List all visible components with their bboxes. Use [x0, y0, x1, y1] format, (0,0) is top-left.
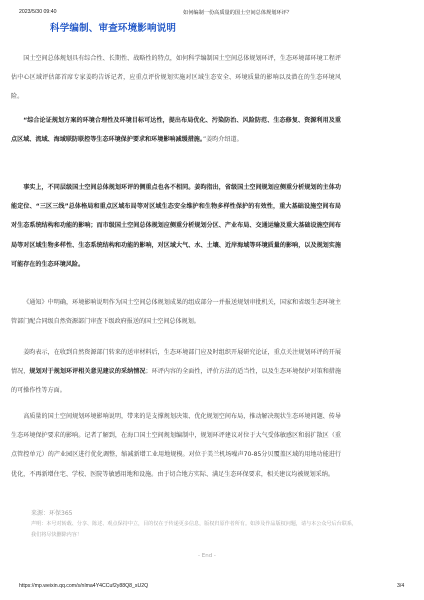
- bold-text-segment: 规划对于规划环评相关意见建议的采纳情况: [29, 368, 145, 375]
- source-line: 来源：环保365: [31, 508, 371, 519]
- print-footer: https://mp.weixin.qq.com/s/nlma4Y4CCuf2y…: [0, 583, 424, 593]
- paragraph-4: 《通知》中明确，环境影响说明作为国土空间总体规划成果的组成部分一并报送规划审批机…: [11, 293, 341, 331]
- print-datetime: 2023/5/30 09:40: [19, 9, 57, 15]
- text-segment: 高质量的国土空间规划环境影响说明，带来的是支撑规划决策、优化规划空间布局，推动解…: [11, 413, 341, 478]
- bold-text-segment: 事实上，不同层级国土空间总体规划环评的侧重点也各不相同。姜昀指出，省级国土空间规…: [11, 184, 341, 268]
- text-segment: 国土空间总体规划具有综合性、长期性、战略性的特点，如何科学编制国土空间总体规划环…: [11, 55, 341, 100]
- text-segment: ”姜昀介绍道。: [203, 136, 243, 143]
- paragraph-3: 事实上，不同层级国土空间总体规划环评的侧重点也各不相同。姜昀指出，省级国土空间规…: [11, 178, 341, 274]
- article-body: 科学编制、审查环境影响说明: [50, 22, 376, 48]
- print-page-title: 如何编制一份高质量的国土空间总体规划环评？: [183, 9, 292, 16]
- paragraph-1: 国土空间总体规划具有综合性、长期性、战略性的特点，如何科学编制国土空间总体规划环…: [11, 49, 341, 107]
- bold-text-segment: “综合论证规划方案的环境合理性及环境目标可达性，提出布局优化、污染防治、风险防范…: [11, 117, 341, 143]
- paragraph-2: “综合论证规划方案的环境合理性及环境目标可达性，提出布局优化、污染防治、风险防范…: [11, 111, 341, 149]
- text-segment: 《通知》中明确，环境影响说明作为国土空间总体规划成果的组成部分一并报送规划审批机…: [11, 299, 341, 325]
- paragraph-6: 高质量的国土空间规划环境影响说明，带来的是支撑规划决策、优化规划空间布局，推动解…: [11, 407, 341, 484]
- end-mark: - End -: [198, 553, 216, 559]
- copyright-notice: 声明：本号对转载、分享、陈述、观点保持中立，目的仅在于传递更多信息，版权归原作者…: [31, 519, 361, 541]
- print-header: 2023/5/30 09:40 如何编制一份高质量的国土空间总体规划环评？: [0, 9, 424, 19]
- section-title: 科学编制、审查环境影响说明: [50, 22, 376, 36]
- page-url: https://mp.weixin.qq.com/s/nlma4Y4CCuf2y…: [19, 583, 148, 589]
- page-number: 3/4: [397, 583, 404, 589]
- article-footer: 来源：环保365 声明：本号对转载、分享、陈述、观点保持中立，目的仅在于传递更多…: [31, 508, 371, 541]
- paragraph-5: 姜昀表示，在收到自然资源部门转来的送审材料后，生态环境部门应及时组织开展研究论证…: [11, 343, 341, 401]
